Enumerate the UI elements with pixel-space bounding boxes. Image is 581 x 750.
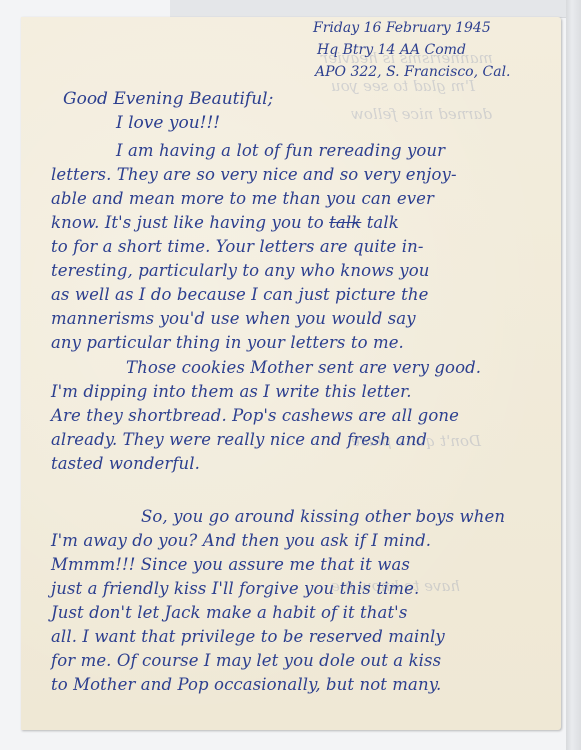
letter-line: Are they shortbread. Pop's cashews are a… — [51, 406, 459, 425]
show-through-text: darned nice fellow — [351, 105, 492, 123]
letter-line: just a friendly kiss I'll forgive you th… — [51, 579, 419, 598]
letter-header: Friday 16 February 1945 Hq Btry 14 AA Co… — [313, 17, 511, 83]
unit-line: Hq Btry 14 AA Comd — [313, 39, 511, 61]
letter-line: know. It's just like having you to talk … — [51, 213, 399, 232]
letter-line: Those cookies Mother sent are very good. — [126, 358, 481, 377]
letter-line: mannerisms you'd use when you would say — [51, 309, 416, 328]
letter-line: I'm dipping into them as I write this le… — [51, 382, 412, 401]
letter-line: to for a short time. Your letters are qu… — [51, 237, 424, 256]
letter-line: all. I want that privilege to be reserve… — [51, 627, 445, 646]
struck-word: talk — [329, 213, 361, 232]
letter-line: as well as I do because I can just pictu… — [51, 285, 428, 304]
letter-line: any particular thing in your letters to … — [51, 333, 404, 352]
letter-line: able and mean more to me than you can ev… — [51, 189, 434, 208]
address-line: APO 322, S. Francisco, Cal. — [313, 61, 511, 83]
letter-line: Mmmm!!! Since you assure me that it was — [51, 555, 410, 574]
line-text: talk — [361, 213, 399, 232]
letter-line: teresting, particularly to any who knows… — [51, 261, 429, 280]
letter-line: letters. They are so very nice and so ve… — [51, 165, 457, 184]
scanner-backing-board — [170, 0, 570, 18]
letter-line: for me. Of course I may let you dole out… — [51, 651, 441, 670]
letter-line: I'm away do you? And then you ask if I m… — [51, 531, 431, 550]
line-text: know. It's just like having you to — [51, 213, 329, 232]
letter-line: Just don't let Jack make a habit of it t… — [51, 603, 407, 622]
letter-page: mannerisms is heavier I'm glad to see yo… — [21, 17, 561, 730]
date-line: Friday 16 February 1945 — [313, 17, 511, 39]
letter-line: to Mother and Pop occasionally, but not … — [51, 675, 441, 694]
letter-line: already. They were really nice and fresh… — [51, 430, 427, 449]
letter-line: I am having a lot of fun rereading your — [116, 141, 445, 160]
letter-line: So, you go around kissing other boys whe… — [141, 507, 505, 526]
scanner-edge-strip — [566, 0, 581, 750]
opening-line: I love you!!! — [116, 113, 220, 133]
letter-line: tasted wonderful. — [51, 454, 200, 473]
salutation: Good Evening Beautiful; — [63, 89, 273, 109]
